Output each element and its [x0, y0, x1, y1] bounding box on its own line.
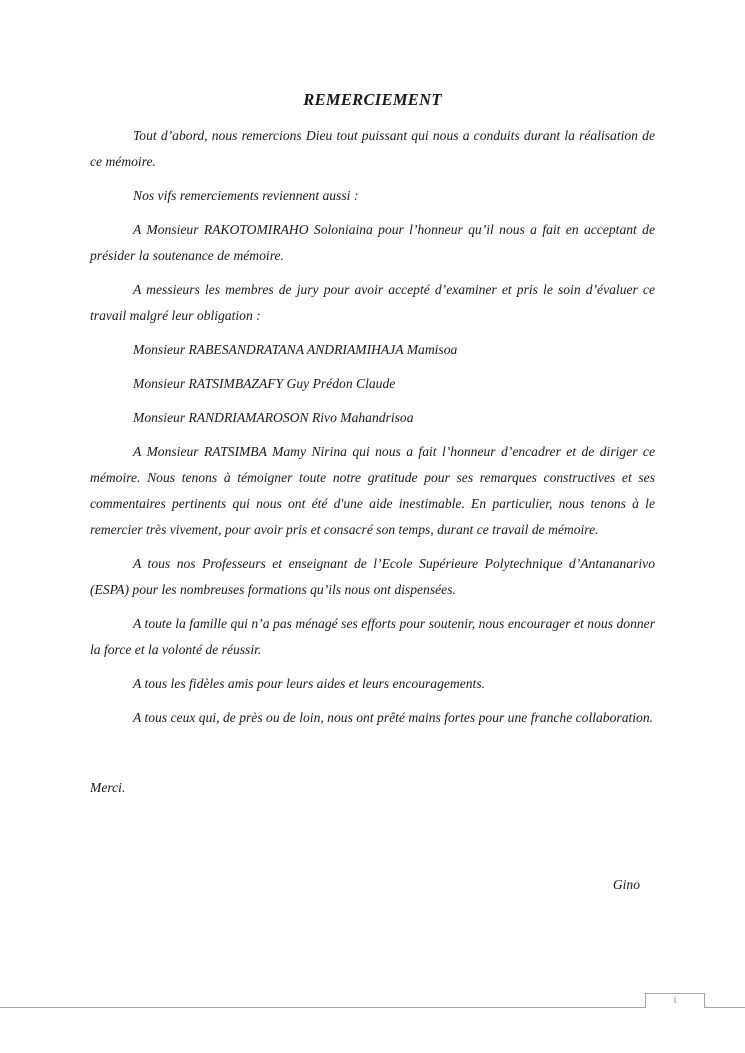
- paragraph-collaboration: A tous ceux qui, de près ou de loin, nou…: [90, 705, 655, 731]
- paragraph-friends: A tous les fidèles amis pour leurs aides…: [90, 671, 655, 697]
- paragraph-professors: A tous nos Professeurs et enseignant de …: [90, 551, 655, 603]
- jury-member: Monsieur RABESANDRATANA ANDRIAMIHAJA Mam…: [90, 337, 655, 363]
- paragraph-supervisor: A Monsieur RATSIMBA Mamy Nirina qui nous…: [90, 439, 655, 543]
- jury-member-list: Monsieur RABESANDRATANA ANDRIAMIHAJA Mam…: [90, 337, 655, 431]
- paragraph-family: A toute la famille qui n’a pas ménagé se…: [90, 611, 655, 663]
- jury-member: Monsieur RATSIMBAZAFY Guy Prédon Claude: [90, 371, 655, 397]
- footer-line-left: [0, 1007, 645, 1008]
- page-title: REMERCIEMENT: [90, 90, 655, 110]
- paragraph-jury: A messieurs les membres de jury pour avo…: [90, 277, 655, 329]
- jury-member: Monsieur RANDRIAMAROSON Rivo Mahandrisoa: [90, 405, 655, 431]
- paragraph-intro: Nos vifs remerciements reviennent aussi …: [90, 183, 655, 209]
- paragraph-thanks-god: Tout d’abord, nous remercions Dieu tout …: [90, 123, 655, 175]
- footer-line-right: [705, 1007, 745, 1008]
- paragraph-president: A Monsieur RAKOTOMIRAHO Soloniaina pour …: [90, 217, 655, 269]
- page-content: REMERCIEMENT Tout d’abord, nous remercio…: [90, 0, 655, 898]
- page-number-tab: i: [645, 993, 705, 1008]
- signature: Gino: [90, 872, 655, 898]
- document-page: REMERCIEMENT Tout d’abord, nous remercio…: [0, 0, 745, 1053]
- page-footer: i: [0, 993, 745, 1008]
- closing-text: Merci.: [90, 775, 655, 801]
- page-number: i: [674, 996, 677, 1006]
